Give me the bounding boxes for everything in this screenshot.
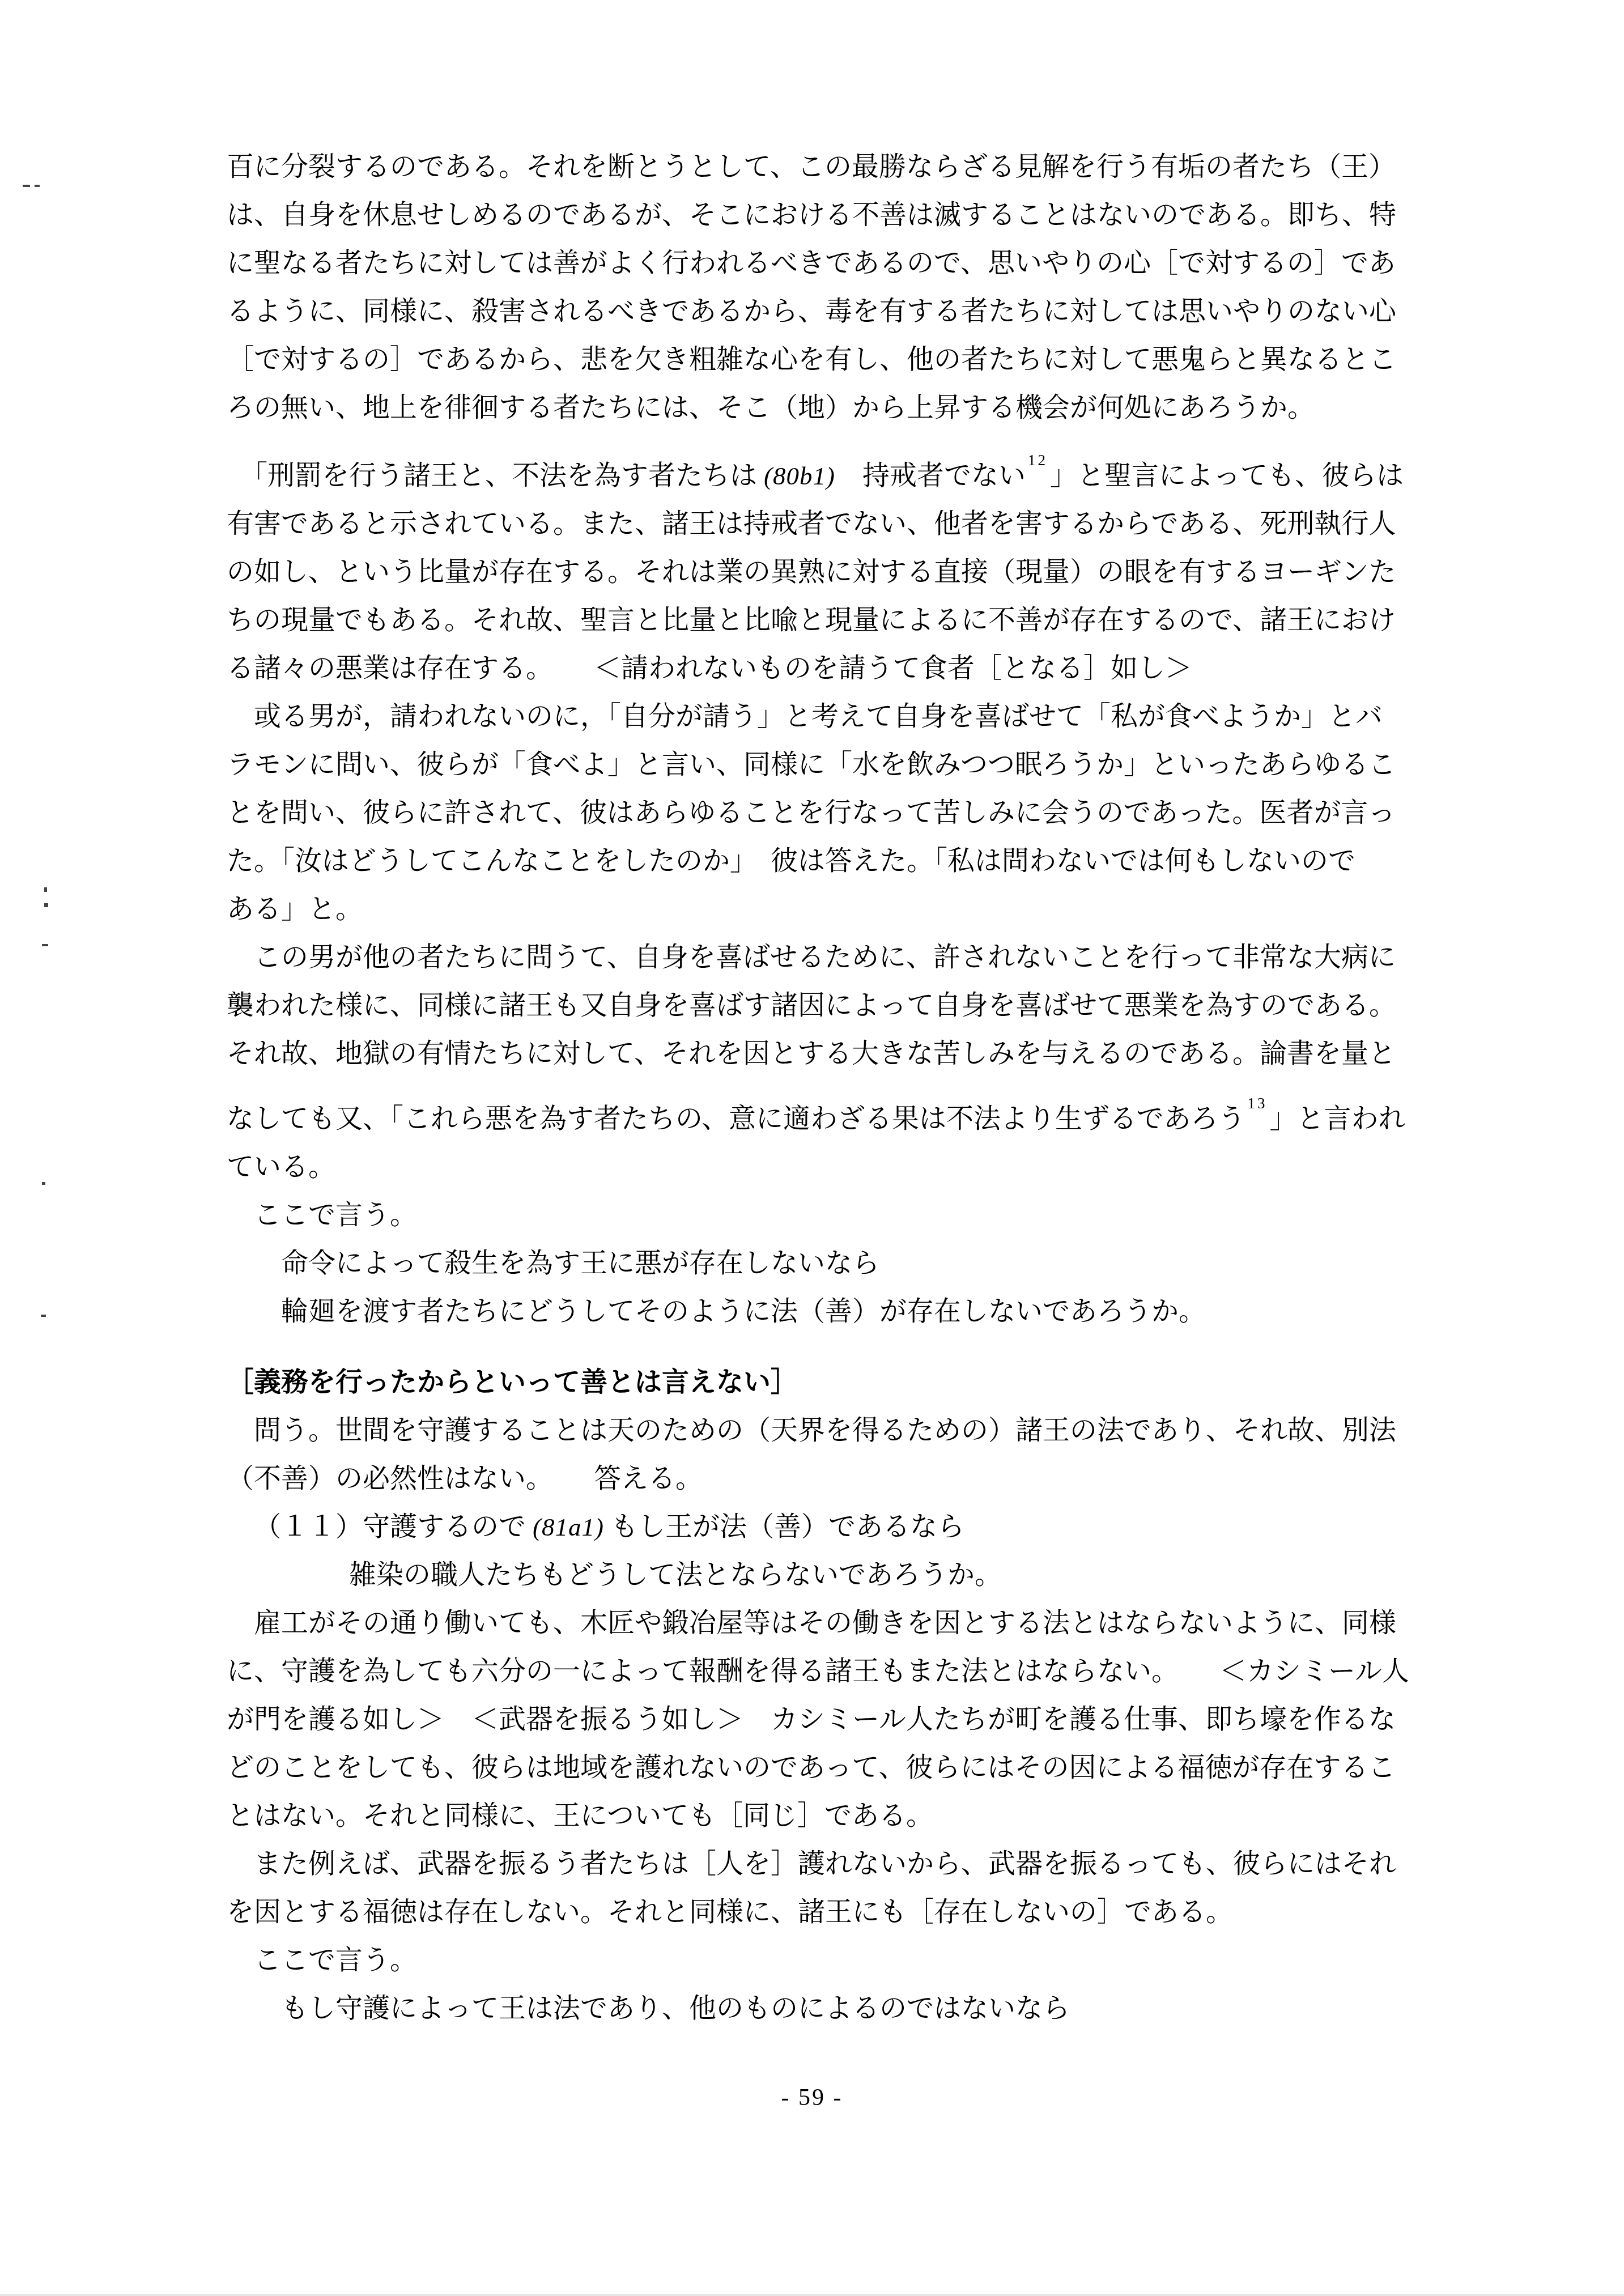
text-line: 「刑罰を行う諸王と、不法を為す者たちは (80b1) 持戒者でない12」と聖言に… xyxy=(227,452,1473,500)
text-line: なしても又、「これら悪を為す者たちの、意に適わざる果は不法より生ずるであろう13… xyxy=(227,1095,1473,1143)
scan-speck xyxy=(42,944,48,946)
text-segment: 雇工がその通り働いても、木匠や鍛冶屋等はその働きを因とする法とはならないように、… xyxy=(254,1608,1396,1638)
text-segment: が門を護る如し＞ ＜武器を振るう如し＞ カシミール人たちが町を護る仕事、即ち壕を… xyxy=(227,1704,1396,1734)
text-line: に聖なる者たちに対しては善がよく行われるべきであるので、思いやりの心［で対するの… xyxy=(227,239,1473,287)
scanned-document-page: 百に分裂するのである。それを断とうとして、この最勝ならざる見解を行う有垢の者たち… xyxy=(0,0,1624,2296)
text-line: 雇工がその通り働いても、木匠や鍛冶屋等はその働きを因とする法とはならないように、… xyxy=(227,1599,1473,1647)
text-line: る諸々の悪業は存在する。 ＜請われないものを請うて食者［となる］如し＞ xyxy=(227,644,1473,692)
text-segment: （不善）の必然性はない。 答える。 xyxy=(227,1464,703,1494)
folio-locant: (80b1) xyxy=(764,462,835,490)
text-segment: ［で対するの］であるから、悲を欠き粗雑な心を有し、他の者たちに対して悪鬼らと異な… xyxy=(227,345,1396,375)
text-segment: 問う。世間を守護することは天のための（天界を得るための）諸王の法であり、それ故、… xyxy=(254,1415,1396,1445)
text-line: を因とする福徳は存在しない。それと同様に、諸王にも［存在しないの］である。 xyxy=(227,1888,1473,1936)
text-segment: た。「汝はどうしてこんなことをしたのか」 彼は答えた。「私は問わないでは何もしな… xyxy=(227,846,1355,876)
footnote-number: 13 xyxy=(1245,1095,1270,1112)
text-segment: それ故、地獄の有情たちに対して、それを因とする大きな苦しみを与えるのである。論書… xyxy=(227,1039,1396,1069)
text-segment: 命令によって殺生を為す王に悪が存在しないなら xyxy=(281,1248,879,1278)
text-segment: もし守護によって王は法であり、他のものによるのではないなら xyxy=(281,1993,1070,2023)
text-line: た。「汝はどうしてこんなことをしたのか」 彼は答えた。「私は問わないでは何もしな… xyxy=(227,837,1473,885)
text-segment: 雑染の職人たちもどうして法とならないであろうか。 xyxy=(349,1560,1002,1590)
scan-speck xyxy=(42,1182,45,1185)
text-line: ここで言う。 xyxy=(227,1936,1473,1984)
text-line: 有害であると示されている。また、諸王は持戒者でない、他者を害するからである、死刑… xyxy=(227,500,1473,548)
text-line: ろの無い、地上を徘徊する者たちには、そこ（地）から上昇する機会が何処にあろうか。 xyxy=(227,384,1473,432)
text-line: 輪廻を渡す者たちにどうしてそのように法（善）が存在しないであろうか。 xyxy=(227,1287,1473,1336)
text-segment: は、自身を休息せしめるのであるが、そこにおける不善は滅することはないのである。即… xyxy=(227,200,1396,230)
text-segment: 或る男が，請われないのに，「自分が請う」と考えて自身を喜ばせて「私が食べようか」… xyxy=(254,701,1383,732)
text-line: 百に分裂するのである。それを断とうとして、この最勝ならざる見解を行う有垢の者たち… xyxy=(227,143,1473,191)
scan-speck xyxy=(41,1315,46,1317)
scan-bottom-edge xyxy=(0,2294,1624,2296)
text-line: が門を護る如し＞ ＜武器を振るう如し＞ カシミール人たちが町を護る仕事、即ち壕を… xyxy=(227,1695,1473,1744)
text-segment: また例えば、武器を振るう者たちは［人を］護れないから、武器を振るっても、彼らには… xyxy=(254,1849,1396,1879)
text-segment: 持戒者でない xyxy=(835,461,1026,491)
text-segment: に聖なる者たちに対しては善がよく行われるべきであるので、思いやりの心［で対するの… xyxy=(227,248,1396,278)
text-segment: ここで言う。 xyxy=(254,1945,417,1975)
text-segment: もし王が法（善）であるなら xyxy=(604,1512,964,1542)
text-line: は、自身を休息せしめるのであるが、そこにおける不善は滅することはないのである。即… xyxy=(227,191,1473,239)
text-line: 襲われた様に、同様に諸王も又自身を喜ばす諸因によって自身を喜ばせて悪業を為すので… xyxy=(227,981,1473,1030)
text-block: 百に分裂するのである。それを断とうとして、この最勝ならざる見解を行う有垢の者たち… xyxy=(227,143,1473,2033)
text-line: ちの現量でもある。それ故、聖言と比量と比喩と現量によるに不善が存在するので、諸王… xyxy=(227,596,1473,644)
text-segment: 輪廻を渡す者たちにどうしてそのように法（善）が存在しないであろうか。 xyxy=(281,1296,1206,1326)
text-line: 或る男が，請われないのに，「自分が請う」と考えて自身を喜ばせて「私が食べようか」… xyxy=(227,692,1473,741)
text-line: （不善）の必然性はない。 答える。 xyxy=(227,1455,1473,1503)
text-line: もし守護によって王は法であり、他のものによるのではないなら xyxy=(227,1984,1473,2033)
text-line: この男が他の者たちに問うて、自身を喜ばせるために、許されないことを行って非常な大… xyxy=(227,933,1473,981)
text-segment: るように、同様に、殺害されるべきであるから、毒を有する者たちに対しては思いやりの… xyxy=(227,296,1396,326)
text-segment: ている。 xyxy=(227,1152,335,1182)
scan-speck xyxy=(23,185,30,187)
scan-speck xyxy=(44,887,47,892)
text-line: とはない。それと同様に、王についても［同じ］である。 xyxy=(227,1792,1473,1840)
text-line: とを問い、彼らに許されて、彼はあらゆることを行なって苦しみに会うのであった。医者… xyxy=(227,789,1473,837)
text-line: に、守護を為しても六分の一によって報酬を得る諸王もまた法とはならない。 ＜カシミ… xyxy=(227,1647,1473,1695)
text-segment: る諸々の悪業は存在する。 ＜請われないものを請うて食者［となる］如し＞ xyxy=(227,653,1192,683)
text-segment: ［義務を行ったからといって善とは言えない］ xyxy=(227,1367,798,1397)
scan-speck xyxy=(44,903,48,907)
text-segment: とはない。それと同様に、王についても［同じ］である。 xyxy=(227,1801,933,1831)
text-segment: ちの現量でもある。それ故、聖言と比量と比喩と現量によるに不善が存在するので、諸王… xyxy=(227,605,1396,635)
text-segment: ある」と。 xyxy=(227,894,363,924)
text-segment: どのことをしても、彼らは地域を護れないのであって、彼らにはその因による福徳が存在… xyxy=(227,1753,1396,1783)
text-segment: 」と聖言によっても、彼らは xyxy=(1050,461,1404,491)
text-segment: ラモンに問い、彼らが「食べよ」と言い、同様に「水を飲みつつ眠ろうか」といったあら… xyxy=(227,750,1396,780)
text-line: ここで言う。 xyxy=(227,1191,1473,1239)
text-line: 雑染の職人たちもどうして法とならないであろうか。 xyxy=(227,1551,1473,1599)
text-segment: を因とする福徳は存在しない。それと同様に、諸王にも［存在しないの］である。 xyxy=(227,1897,1233,1927)
text-line: どのことをしても、彼らは地域を護れないのであって、彼らにはその因による福徳が存在… xyxy=(227,1744,1473,1792)
text-segment: 「刑罰を行う諸王と、不法を為す者たちは xyxy=(240,461,764,491)
text-line: の如し、という比量が存在する。それは業の異熟に対する直接（現量）の眼を有するヨー… xyxy=(227,548,1473,596)
text-segment: 襲われた様に、同様に諸王も又自身を喜ばす諸因によって自身を喜ばせて悪業を為すので… xyxy=(227,990,1396,1021)
text-line: また例えば、武器を振るう者たちは［人を］護れないから、武器を振るっても、彼らには… xyxy=(227,1840,1473,1888)
text-segment: 」と言われ xyxy=(1270,1104,1406,1134)
text-segment: ここで言う。 xyxy=(254,1200,417,1230)
scan-speck xyxy=(35,185,40,187)
text-segment: に、守護を為しても六分の一によって報酬を得る諸王もまた法とはならない。 ＜カシミ… xyxy=(227,1656,1409,1686)
text-segment: の如し、という比量が存在する。それは業の異熟に対する直接（現量）の眼を有するヨー… xyxy=(227,557,1396,587)
text-line: ある」と。 xyxy=(227,885,1473,933)
text-line: 問う。世間を守護することは天のための（天界を得るための）諸王の法であり、それ故、… xyxy=(227,1406,1473,1455)
text-segment: なしても又、「これら悪を為す者たちの、意に適わざる果は不法より生ずるであろう xyxy=(227,1104,1245,1134)
text-line: ［で対するの］であるから、悲を欠き粗雑な心を有し、他の者たちに対して悪鬼らと異な… xyxy=(227,335,1473,384)
page-number-footer: - 59 - xyxy=(0,2084,1624,2111)
text-segment: 百に分裂するのである。それを断とうとして、この最勝ならざる見解を行う有垢の者たち… xyxy=(227,152,1396,182)
section-heading: ［義務を行ったからといって善とは言えない］ xyxy=(227,1358,1473,1406)
text-segment: ろの無い、地上を徘徊する者たちには、そこ（地）から上昇する機会が何処にあろうか。 xyxy=(227,393,1315,423)
text-line: （１１）守護するので (81a1) もし王が法（善）であるなら xyxy=(227,1503,1473,1551)
text-line: ている。 xyxy=(227,1143,1473,1191)
text-segment: （１１）守護するので xyxy=(254,1512,533,1542)
text-line: るように、同様に、殺害されるべきであるから、毒を有する者たちに対しては思いやりの… xyxy=(227,287,1473,335)
text-segment: とを問い、彼らに許されて、彼はあらゆることを行なって苦しみに会うのであった。医者… xyxy=(227,798,1396,828)
text-segment: この男が他の者たちに問うて、自身を喜ばせるために、許されないことを行って非常な大… xyxy=(254,942,1396,972)
footnote-number: 12 xyxy=(1026,452,1050,469)
folio-locant: (81a1) xyxy=(533,1513,604,1541)
text-line: それ故、地獄の有情たちに対して、それを因とする大きな苦しみを与えるのである。論書… xyxy=(227,1030,1473,1078)
text-line: 命令によって殺生を為す王に悪が存在しないなら xyxy=(227,1239,1473,1287)
text-line: ラモンに問い、彼らが「食べよ」と言い、同様に「水を飲みつつ眠ろうか」といったあら… xyxy=(227,741,1473,789)
text-segment: 有害であると示されている。また、諸王は持戒者でない、他者を害するからである、死刑… xyxy=(227,509,1396,539)
